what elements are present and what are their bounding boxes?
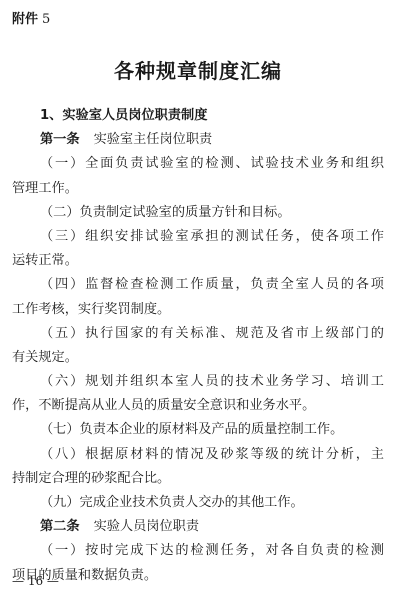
paragraph-line: 运转正常。 [12, 249, 384, 273]
article-2-heading: 第二条实验人员岗位职责 [12, 515, 384, 539]
attachment-text: 附件 [12, 12, 38, 27]
page-number: — 16 — [12, 574, 59, 588]
paragraph-line: （一）按时完成下达的检测任务，对各自负责的检测 [12, 539, 384, 563]
article-1-item-5: （五）执行国家的有关标准、规范及省市上级部门的 有关规定。 [12, 322, 384, 370]
document-title: 各种规章制度汇编 [0, 55, 396, 84]
document-body: 1、实验室人员岗位职责制度 第一条实验室主任岗位职责 （一）全面负责试验室的检测… [12, 104, 384, 588]
article-1-item-7: （七）负责本企业的原材料及产品的质量控制工作。 [12, 418, 384, 442]
paragraph-line: （三）组织安排试验室承担的测试任务，使各项工作 [12, 225, 384, 249]
article-1-item-2: （二）负责制定试验室的质量方针和目标。 [12, 201, 384, 225]
paragraph-line: （七）负责本企业的原材料及产品的质量控制工作。 [12, 418, 384, 442]
article-title: 实验人员岗位职责 [94, 519, 200, 534]
paragraph-line: （九）完成企业技术负责人交办的其他工作。 [12, 491, 384, 515]
article-2-item-1: （一）按时完成下达的检测任务，对各自负责的检测 项目的质量和数据负责。 [12, 539, 384, 587]
article-1-heading: 第一条实验室主任岗位职责 [12, 128, 384, 152]
attachment-label: 附件5 [12, 8, 50, 27]
paragraph-line: （二）负责制定试验室的质量方针和目标。 [12, 201, 384, 225]
paragraph-line: 持制定合理的砂浆配合比。 [12, 467, 384, 491]
attachment-number: 5 [42, 12, 50, 27]
article-1-item-3: （三）组织安排试验室承担的测试任务，使各项工作 运转正常。 [12, 225, 384, 273]
article-1-item-6: （六）规划并组织本室人员的技术业务学习、培训工 作，不断提高从业人员的质量安全意… [12, 370, 384, 418]
paragraph-line: （六）规划并组织本室人员的技术业务学习、培训工 [12, 370, 384, 394]
paragraph-line: 管理工作。 [12, 177, 384, 201]
section-heading: 1、实验室人员岗位职责制度 [12, 104, 384, 128]
article-label: 第一条 [40, 132, 80, 147]
paragraph-line: 作，不断提高从业人员的质量安全意识和业务水平。 [12, 394, 384, 418]
paragraph-line: （一）全面负责试验室的检测、试验技术业务和组织 [12, 152, 384, 176]
article-1-item-8: （八）根据原材料的情况及砂浆等级的统计分析，主 持制定合理的砂浆配合比。 [12, 443, 384, 491]
article-label: 第二条 [40, 519, 80, 534]
paragraph-line: （八）根据原材料的情况及砂浆等级的统计分析，主 [12, 443, 384, 467]
article-title: 实验室主任岗位职责 [94, 132, 213, 147]
paragraph-line: 项目的质量和数据负责。 [12, 564, 384, 588]
paragraph-line: （四）监督检查检测工作质量，负责全室人员的各项 [12, 273, 384, 297]
article-1-item-1: （一）全面负责试验室的检测、试验技术业务和组织 管理工作。 [12, 152, 384, 200]
article-1-item-9: （九）完成企业技术负责人交办的其他工作。 [12, 491, 384, 515]
paragraph-line: 工作考核，实行奖罚制度。 [12, 298, 384, 322]
paragraph-line: 有关规定。 [12, 346, 384, 370]
article-1-item-4: （四）监督检查检测工作质量，负责全室人员的各项 工作考核，实行奖罚制度。 [12, 273, 384, 321]
paragraph-line: （五）执行国家的有关标准、规范及省市上级部门的 [12, 322, 384, 346]
